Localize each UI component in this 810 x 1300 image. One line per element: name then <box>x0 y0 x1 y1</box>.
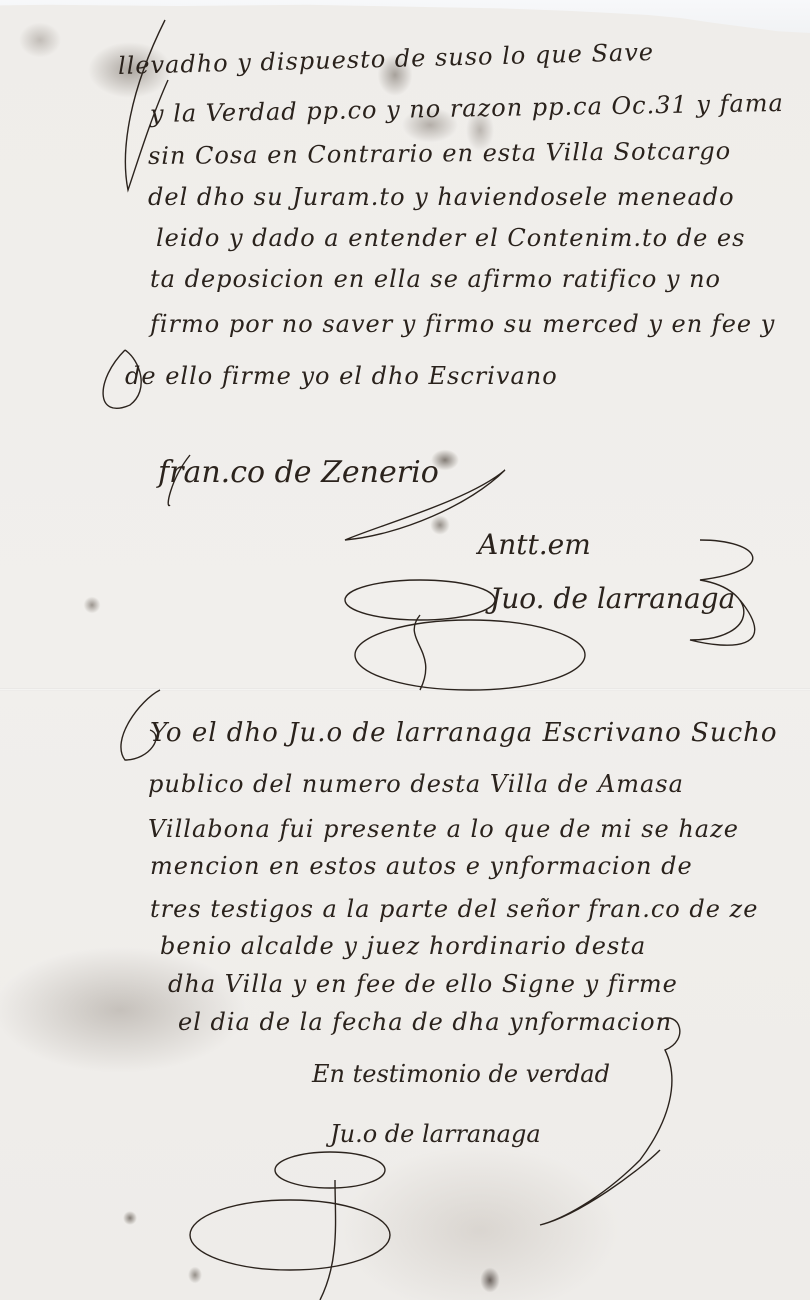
manuscript-line: Yo el dho Ju.o de larranaga Escrivano Su… <box>150 718 778 748</box>
manuscript-line: firmo por no saver y firmo su merced y e… <box>150 310 775 338</box>
manuscript-line: dha Villa y en fee de ello Signe y firme <box>168 970 678 998</box>
manuscript-line: mencion en estos autos e ynformacion de <box>150 852 693 880</box>
manuscript-line: publico del numero desta Villa de Amasa <box>148 770 684 798</box>
signature-larranaga-2: Ju.o de larranaga <box>330 1120 541 1148</box>
signature-larranaga: Juo. de larranaga <box>490 582 735 615</box>
manuscript-line: tres testigos a la parte del señor fran.… <box>150 895 758 923</box>
larranaga-paraph-ellipse-icon <box>355 620 585 690</box>
final-paraph-ellipse-small-icon <box>275 1152 385 1188</box>
final-paraph-right-icon <box>540 1018 680 1225</box>
signature-antt-em: Antt.em <box>478 528 591 561</box>
manuscript-line: benio alcalde y juez hordinario desta <box>160 932 646 960</box>
final-paraph-ellipse-icon <box>190 1200 390 1270</box>
manuscript-line: llevadho y dispuesto de suso lo que Save <box>118 38 655 80</box>
manuscript-line: ta deposicion en ella se afirmo ratifico… <box>150 265 721 293</box>
manuscript-line: leido y dado a entender el Contenim.to d… <box>156 224 745 252</box>
final-paraph-stem-icon <box>320 1180 336 1300</box>
manuscript-line: del dho su Juram.to y haviendosele menea… <box>148 183 735 211</box>
manuscript-line: y la Verdad pp.co y no razon pp.ca Oc.31… <box>150 89 784 128</box>
signature-testimonio: En testimonio de verdad <box>312 1060 610 1088</box>
manuscript-line: Villabona fui presente a lo que de mi se… <box>148 815 739 843</box>
manuscript-line: el dia de la fecha de dha ynformacion <box>178 1008 672 1036</box>
paper-fold-line <box>0 688 810 691</box>
manuscript-line: de ello firme yo el dho Escrivano <box>125 362 558 390</box>
manuscript-page: llevadho y dispuesto de suso lo que Save… <box>0 0 810 1300</box>
signature-zenerio: fran.co de Zenerio <box>158 455 439 490</box>
larranaga-paraph-ellipse-small-icon <box>345 580 495 620</box>
manuscript-line: sin Cosa en Contrario en esta Villa Sotc… <box>148 137 731 170</box>
larranaga-paraph-stem-icon <box>414 615 426 690</box>
